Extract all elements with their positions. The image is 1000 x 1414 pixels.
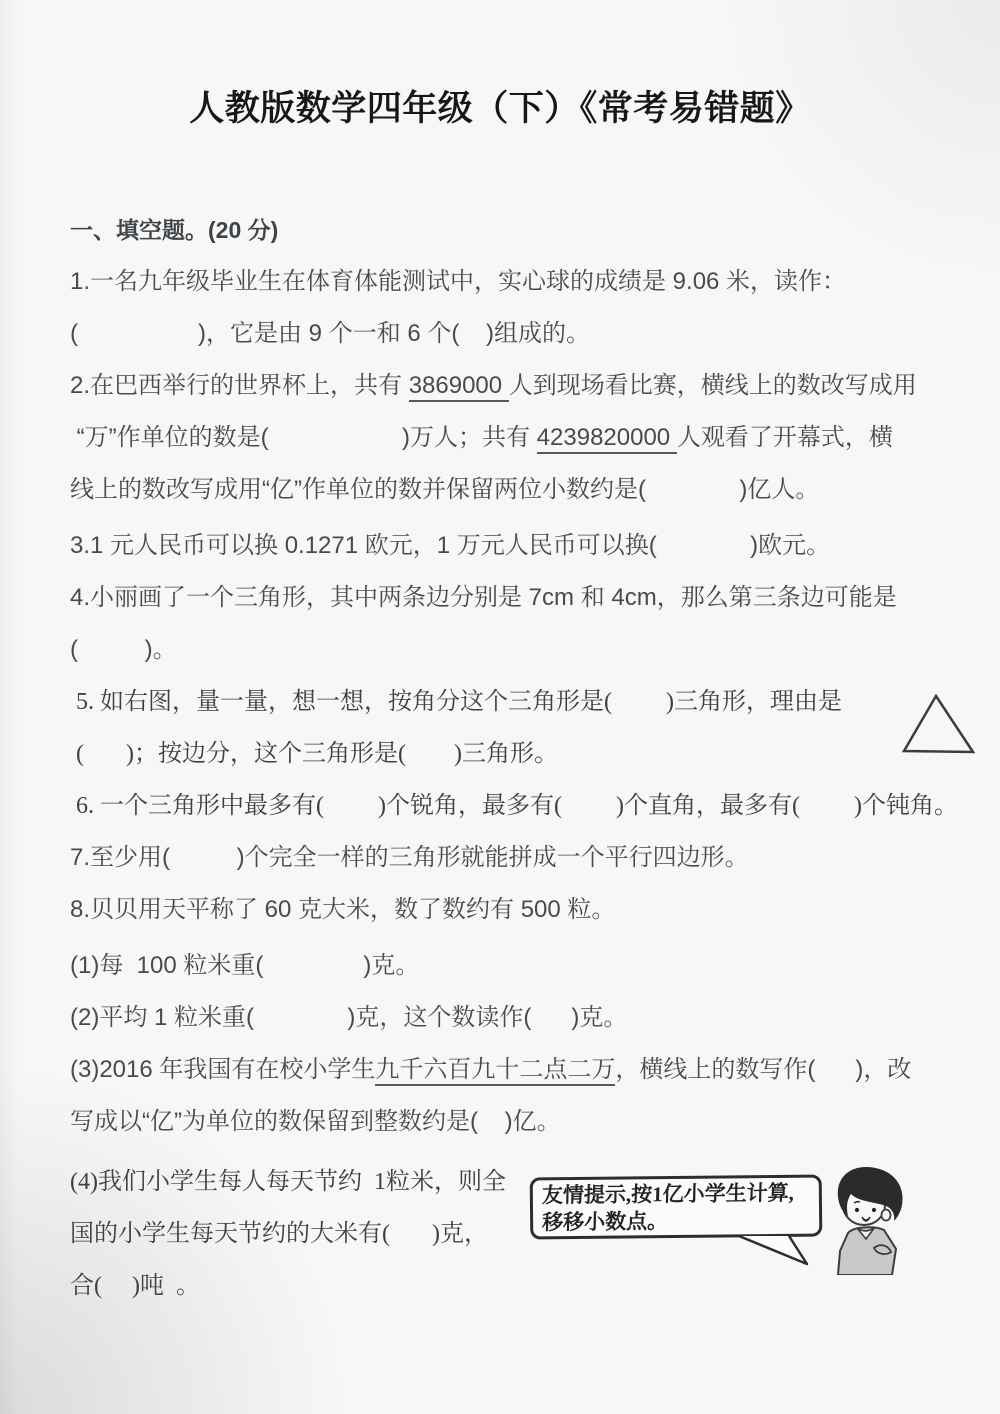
boy-ear xyxy=(882,1210,891,1221)
question-8-sub-3-line-2: 写成以“亿”为单位的数保留到整数约是( )亿。 xyxy=(0,1096,1000,1148)
question-2-line-2: “万”作单位的数是( )万人；共有 4239820000 人观看了开幕式，横 xyxy=(0,412,1000,464)
text-segment: (3)2016 年我国有在校小学生 xyxy=(70,1056,375,1083)
question-1-line-2: ( )，它是由 9 个一和 6 个( )组成的。 xyxy=(0,308,1000,360)
text-segment: 人观看了开幕式，横 xyxy=(677,424,893,451)
section-heading: 一、填空题。(20 分) xyxy=(70,214,1000,246)
underlined-number: 九千六百九十二点二万 xyxy=(375,1056,615,1086)
text-segment: ，横线上的数写作( )，改 xyxy=(615,1056,911,1083)
underlined-number: 4239820000 xyxy=(537,424,677,454)
tail-shape xyxy=(739,1236,807,1264)
text-segment: 人到现场看比赛，横线上的数改写成用 xyxy=(509,372,917,399)
question-4-line-1: 4.小丽画了一个三角形，其中两条边分别是 7cm 和 4cm，那么第三条边可能是 xyxy=(0,572,1000,624)
question-2-line-1: 2.在巴西举行的世界杯上，共有 3869000 人到现场看比赛，横线上的数改写成… xyxy=(0,360,1000,412)
speech-bubble: 友情提示,按1亿小学生计算, 移移小数点。 xyxy=(530,1174,823,1239)
question-8-sub-1: (1)每 100 粒米重( )克。 xyxy=(0,940,1000,992)
question-6-line-1: 6. 一个三角形中最多有( )个锐角，最多有( )个直角，最多有( )个钝角。 xyxy=(0,780,1000,832)
underlined-number: 3869000 xyxy=(409,372,509,402)
question-2-line-3: 线上的数改写成用“亿”作单位的数并保留两位小数约是( )亿人。 xyxy=(0,464,1000,516)
hint-line-2: 移移小数点。 xyxy=(542,1207,811,1237)
text-segment: “万”作单位的数是( )万人；共有 xyxy=(70,424,537,451)
cartoon-boy xyxy=(830,1163,908,1275)
question-8-sub-2: (2)平均 1 粒米重( )克，这个数读作( )克。 xyxy=(0,992,1000,1044)
boy-eye-left xyxy=(855,1208,859,1212)
worksheet-page: 人教版数学四年级（下）《常考易错题》 一、填空题。(20 分) 1.一名九年级毕… xyxy=(0,0,1000,1414)
page-title: 人教版数学四年级（下）《常考易错题》 xyxy=(0,86,1000,132)
question-1-line-1: 1.一名九年级毕业生在体育体能测试中，实心球的成绩是 9.06 米，读作： xyxy=(0,256,1000,308)
text-segment: 2.在巴西举行的世界杯上，共有 xyxy=(70,372,409,399)
triangle-outline-figure xyxy=(901,693,977,757)
question-7-line-1: 7.至少用( )个完全一样的三角形就能拼成一个平行四边形。 xyxy=(0,832,1000,884)
question-8-sub-3-line-1: (3)2016 年我国有在校小学生九千六百九十二点二万，横线上的数写作( )，改 xyxy=(0,1044,1000,1096)
speech-bubble-tail xyxy=(737,1233,821,1269)
hint-line-1: 友情提示,按1亿小学生计算, xyxy=(542,1180,811,1210)
question-3-line-1: 3.1 元人民币可以换 0.1271 欧元，1 万元人民币可以换( )欧元。 xyxy=(0,520,1000,572)
triangle-shape xyxy=(904,696,973,752)
questions-block: 1.一名九年级毕业生在体育体能测试中，实心球的成绩是 9.06 米，读作： ( … xyxy=(0,256,1000,1312)
question-5-line-2: ( )；按边分，这个三角形是( )三角形。 xyxy=(0,728,1000,780)
boy-eye-right xyxy=(872,1208,876,1212)
question-5-line-1: 5. 如右图，量一量，想一想，按角分这个三角形是( )三角形，理由是 xyxy=(0,676,1000,728)
question-4-line-2: ( )。 xyxy=(0,624,1000,676)
question-8-intro: 8.贝贝用天平称了 60 克大米，数了数约有 500 粒。 xyxy=(0,884,1000,936)
